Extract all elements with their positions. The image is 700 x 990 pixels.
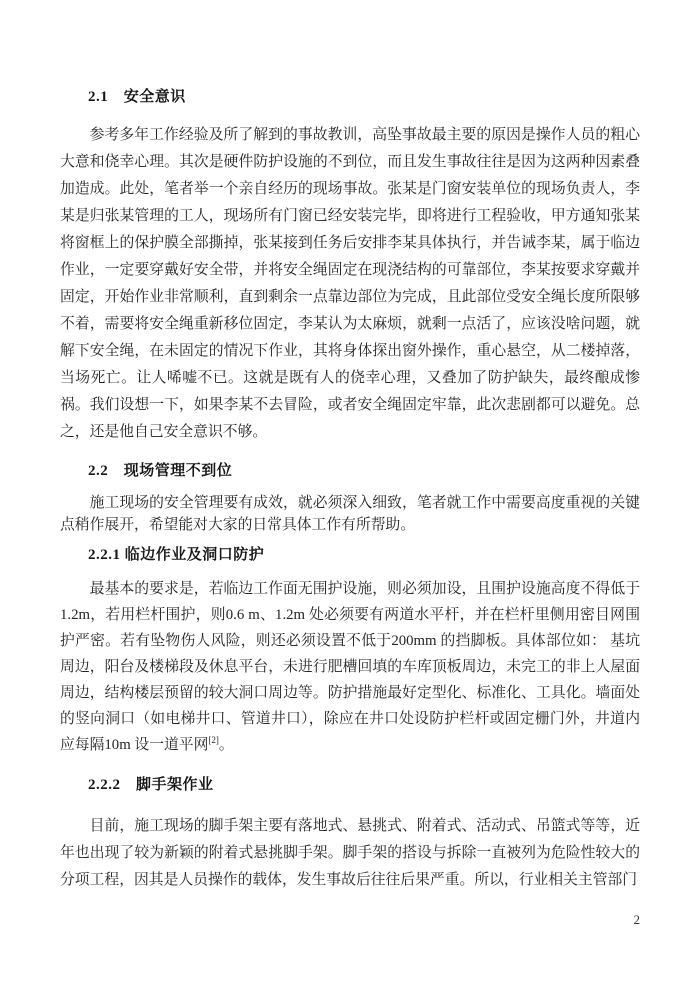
page-number: 2 [634,912,641,928]
heading-site-management: 2.2 现场管理不到位 [60,460,640,482]
document-page: 2.1 安全意识 参考多年工作经验及所了解到的事故教训，高坠事故最主要的原因是操… [0,0,700,990]
edge-paragraph-tail: 。 [219,737,234,753]
paragraph-safety-awareness: 参考多年工作经验及所了解到的事故教训，高坠事故最主要的原因是操作人员的粗心大意和… [60,122,640,446]
heading-edge-and-opening-protection: 2.2.1 临边作业及洞口防护 [60,544,640,566]
heading-scaffolding-work: 2.2.2 脚手架作业 [60,774,640,796]
document-content: 2.1 安全意识 参考多年工作经验及所了解到的事故教训，高坠事故最主要的原因是操… [60,86,640,894]
edge-paragraph-text: 最基本的要求是，若临边工作面无围护设施，则必须加设，且围护设施高度不得低于1.2… [60,581,640,753]
heading-safety-awareness: 2.1 安全意识 [60,86,640,108]
paragraph-edge-and-opening-protection: 最基本的要求是，若临边工作面无围护设施，则必须加设，且围护设施高度不得低于1.2… [60,576,640,758]
footnote-ref-2: [2] [208,735,219,745]
paragraph-site-management: 施工现场的安全管理要有成效，就必须深入细致，笔者就工作中需要高度重视的关键点稍作… [60,492,640,536]
paragraph-scaffolding-work: 目前，施工现场的脚手架主要有落地式、悬挑式、附着式、活动式、吊篮式等等，近年也出… [60,813,640,894]
